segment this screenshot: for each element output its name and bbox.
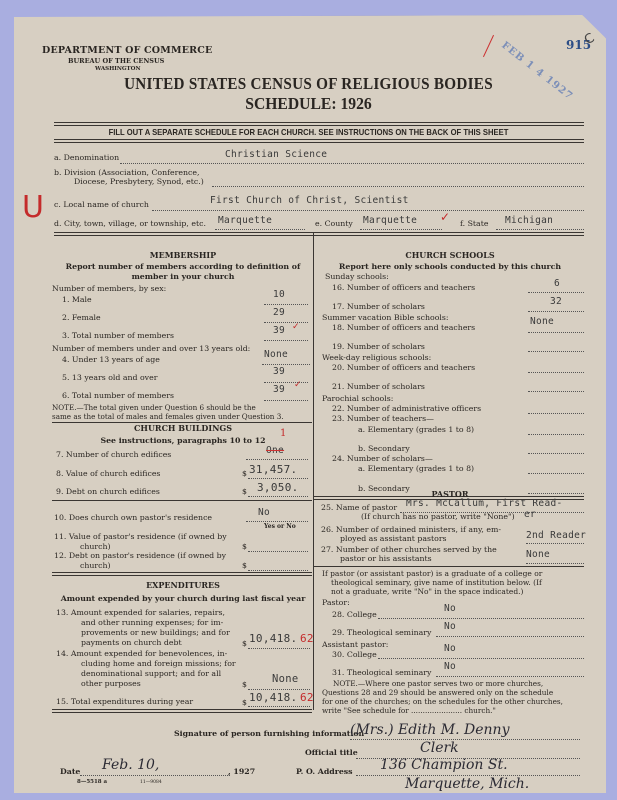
q28-line <box>378 618 584 619</box>
q10-label: 10. Does church own pastor's residence <box>54 513 212 522</box>
q12-field[interactable] <box>248 570 308 571</box>
q27-value[interactable]: None <box>526 549 550 560</box>
q12-label-1: 12. Debt on pastor's residence (if owned… <box>54 551 226 560</box>
instruction-banner: FILL OUT A SEPARATE SCHEDULE FOR EACH CH… <box>31 127 586 137</box>
red-check-icon: ✓ <box>440 210 450 224</box>
red-check-icon: ✓ <box>294 380 302 390</box>
q14-line <box>248 689 310 690</box>
q13-cents: 62 <box>300 632 314 645</box>
q13-line <box>248 648 310 649</box>
pastor-note-2: Questions 28 and 29 should be answered o… <box>322 688 553 697</box>
q30-line <box>378 658 584 659</box>
county-line <box>360 229 442 230</box>
membership-note-1: NOTE.—The total given under Question 6 s… <box>52 403 256 412</box>
q15-line <box>248 706 310 707</box>
department-name: DEPARTMENT OF COMMERCE <box>42 45 212 56</box>
pastor-note-1: NOTE.—Where one pastor serves two or mor… <box>333 679 543 688</box>
q10-value[interactable]: No <box>258 507 270 518</box>
signature-line <box>350 739 580 740</box>
q28-label: 28. College <box>332 610 377 619</box>
q31-label: 31. Theological seminary <box>332 668 431 677</box>
q14-label-3: denominational support; and for all <box>81 669 221 678</box>
q18-line <box>528 332 584 333</box>
q31-line <box>436 676 584 677</box>
city-label: d. City, town, village, or township, etc… <box>54 219 206 228</box>
q14-label-4: other purposes <box>81 679 141 688</box>
buildings-title: CHURCH BUILDINGS <box>54 423 312 433</box>
q11-label-2: church) <box>80 542 111 551</box>
q19-field[interactable] <box>528 351 584 352</box>
q26-value[interactable]: 2nd Reader <box>526 530 586 541</box>
q8-label: 8. Value of church edifices <box>56 469 160 478</box>
q27-label-2: pastor or his assistants <box>340 554 432 563</box>
weekday-heading: Week-day religious schools: <box>322 353 431 362</box>
q24a-label: a. Elementary (grades 1 to 8) <box>358 464 474 473</box>
q8-currency: $ <box>242 469 247 478</box>
q26-label-2: ployed as assistant pastors <box>340 534 447 543</box>
signature-value[interactable]: (Mrs.) Edith M. Denny <box>350 722 509 738</box>
margin-mark: U <box>22 190 44 225</box>
q9-currency: $ <box>242 487 247 496</box>
expenditures-title: EXPENDITURES <box>54 580 312 590</box>
q11-currency: $ <box>242 542 247 551</box>
schools-title: CHURCH SCHOOLS <box>316 250 584 260</box>
q3-label: 3. Total number of members <box>62 331 174 340</box>
q9-value[interactable]: 3,050. <box>257 481 299 494</box>
denomination-line <box>120 163 584 164</box>
q21-label: 21. Number of scholars <box>332 382 425 391</box>
q22-field[interactable] <box>528 413 584 414</box>
q14-label-2: cluding home and foreign missions; for <box>81 659 236 668</box>
q6-value[interactable]: 39 <box>273 384 285 395</box>
rule <box>314 566 584 567</box>
date-year-suffix: , 1927 <box>228 767 255 776</box>
q12-currency: $ <box>242 561 247 570</box>
city-line <box>215 229 305 230</box>
division-field[interactable] <box>212 186 584 187</box>
q18-label: 18. Number of officers and teachers <box>332 323 475 332</box>
q13-value[interactable]: 10,418. <box>249 632 297 645</box>
q20-label: 20. Number of officers and teachers <box>332 363 475 372</box>
q1-line <box>264 304 308 305</box>
q17-value[interactable]: 32 <box>550 296 562 307</box>
q13-label-2: and other running expenses; for im- <box>81 618 223 627</box>
county-label: e. County <box>315 219 353 228</box>
by-sex-heading: Number of members, by sex: <box>52 284 166 293</box>
header-rule-top <box>54 122 584 126</box>
q11-field[interactable] <box>248 551 308 552</box>
membership-intro-2: member in your church <box>54 272 312 281</box>
q29-line <box>436 636 584 637</box>
q25-hint: (If church has no pastor, write "None") <box>361 512 515 521</box>
q30-value[interactable]: No <box>444 643 456 654</box>
grad-instruction-3: not a graduate, write "No" in the space … <box>331 587 523 596</box>
local-name-label: c. Local name of church <box>54 200 149 209</box>
state-line <box>496 229 584 230</box>
parochial-heading: Parochial schools: <box>322 394 393 403</box>
q17-label: 17. Number of scholars <box>332 302 425 311</box>
state-label: f. State <box>460 219 488 228</box>
q16-label: 16. Number of officers and teachers <box>332 283 475 292</box>
official-title-label: Official title <box>305 748 358 757</box>
q14-label-1: 14. Amount expended for benevolences, in… <box>56 649 227 658</box>
denomination-value[interactable]: Christian Science <box>225 149 327 160</box>
q25-value-cont: er <box>524 509 536 520</box>
section-rule <box>54 232 584 236</box>
q15-label: 15. Total expenditures during year <box>56 697 193 706</box>
q7-label: 7. Number of church edifices <box>56 450 171 459</box>
q2-label: 2. Female <box>62 313 101 322</box>
local-name-value[interactable]: First Church of Christ, Scientist <box>210 195 409 206</box>
q28-value[interactable]: No <box>444 603 456 614</box>
q13-label-1: 13. Amount expended for salaries, repair… <box>56 608 225 617</box>
q8-line <box>248 478 308 479</box>
date-value[interactable]: Feb. 10, <box>102 757 159 773</box>
buildings-intro: See instructions, paragraphs 10 to 12 <box>54 436 312 445</box>
bureau-city: WASHINGTON <box>95 66 140 72</box>
q16-value[interactable]: 6 <box>554 278 560 289</box>
membership-title: MEMBERSHIP <box>54 250 312 260</box>
q5-value[interactable]: 39 <box>273 366 285 377</box>
q15-currency: $ <box>242 698 247 707</box>
print-code: 11—9084 <box>140 780 162 785</box>
q10-hint: Yes or No <box>264 523 296 530</box>
q9-line <box>248 496 308 497</box>
q8-value[interactable]: 31,457. <box>249 463 297 476</box>
q1-label: 1. Male <box>62 295 92 304</box>
q12-label-2: church) <box>80 561 111 570</box>
denomination-label: a. Denomination <box>54 153 119 162</box>
q25-value[interactable]: Mrs. McCallum, First Read- <box>406 498 563 509</box>
q7-value[interactable]: One <box>266 445 284 456</box>
q13-label-4: payments on church debt <box>81 638 182 647</box>
form-title: UNITED STATES CENSUS OF RELIGIOUS BODIES <box>25 74 593 94</box>
q15-value[interactable]: 10,418. <box>249 691 297 704</box>
po-address-label: P. O. Address <box>296 767 353 776</box>
city-value[interactable]: Marquette <box>218 215 272 226</box>
q27-line <box>526 563 584 564</box>
q7-line <box>246 459 308 460</box>
state-value[interactable]: Michigan <box>505 215 553 226</box>
rule <box>52 572 312 576</box>
q6-label: 6. Total number of members <box>62 391 174 400</box>
q26-label-1: 26. Number of ordained ministers, if any… <box>321 525 501 534</box>
date-line <box>80 775 230 776</box>
q4-label: 4. Under 13 years of age <box>62 355 160 364</box>
q23a-field[interactable] <box>528 434 584 435</box>
q31-value[interactable]: No <box>444 661 456 672</box>
q18-value[interactable]: None <box>530 316 554 327</box>
q14-value[interactable]: None <box>272 673 299 685</box>
bureau-name: BUREAU OF THE CENSUS <box>68 57 164 65</box>
grad-instruction-2: theological seminary, give name of insti… <box>331 578 542 587</box>
date-label: Date <box>60 767 80 776</box>
q17-line <box>528 311 584 312</box>
q15-cents: 62 <box>300 691 314 704</box>
q13-label-3: provements or new buildings; and for <box>81 628 230 637</box>
q14-currency: $ <box>242 680 247 689</box>
q2-value[interactable]: 29 <box>273 307 285 318</box>
q7-correction: 1 <box>280 428 286 439</box>
header-rule-bottom <box>54 139 584 143</box>
county-value[interactable]: Marquette <box>363 215 417 226</box>
grad-instruction-1: If pastor (or assistant pastor) is a gra… <box>322 569 542 578</box>
q16-line <box>528 292 584 293</box>
q20-field[interactable] <box>528 372 584 373</box>
q29-label: 29. Theological seminary <box>332 628 431 637</box>
pastor-note-3: for one of the churches; on the schedule… <box>322 697 563 706</box>
local-name-line <box>152 210 584 211</box>
membership-intro-1: Report number of members according to de… <box>54 262 312 271</box>
q25-label: 25. Name of pastor <box>321 503 397 512</box>
rule <box>52 500 312 501</box>
q19-label: 19. Number of scholars <box>332 342 425 351</box>
q22-label: 22. Number of administrative officers <box>332 404 481 413</box>
q27-label-1: 27. Number of other churches served by t… <box>321 545 497 554</box>
q11-label-1: 11. Value of pastor's residence (if owne… <box>54 532 227 541</box>
po-address-value[interactable]: 136 Champion St. <box>380 757 508 773</box>
q23b-label: b. Secondary <box>358 444 410 453</box>
schedule-title: SCHEDULE: 1926 <box>25 94 593 114</box>
q10-line <box>246 521 308 522</box>
summer-heading: Summer vacation Bible schools: <box>322 313 449 322</box>
q13-currency: $ <box>242 639 247 648</box>
q3-line <box>264 340 308 341</box>
sunday-heading: Sunday schools: <box>325 272 389 281</box>
division-label-1: b. Division (Association, Conference, <box>54 168 199 177</box>
q23-label: 23. Number of teachers— <box>332 414 434 423</box>
division-label-2: Diocese, Presbytery, Synod, etc.) <box>74 177 204 186</box>
q24a-field[interactable] <box>528 473 584 474</box>
q6-line <box>264 400 308 401</box>
schools-intro: Report here only schools conducted by th… <box>316 262 584 271</box>
signature-label: Signature of person furnishing informati… <box>174 729 364 738</box>
q24-label: 24. Number of scholars— <box>332 454 433 463</box>
q23a-label: a. Elementary (grades 1 to 8) <box>358 425 474 434</box>
assistant-heading: Assistant pastor: <box>322 640 388 649</box>
pastor-heading: Pastor: <box>322 598 350 607</box>
po-address-value-2: Marquette, Mich. <box>405 776 529 792</box>
official-title-value[interactable]: Clerk <box>420 740 459 756</box>
pastor-note-4: write "See schedule for ................… <box>322 706 496 715</box>
q29-value[interactable]: No <box>444 621 456 632</box>
q9-label: 9. Debt on church edifices <box>56 487 160 496</box>
form-code: 8—5518 a <box>77 779 107 785</box>
age-heading: Number of members under and over 13 year… <box>52 344 250 353</box>
q23b-field[interactable] <box>528 453 584 454</box>
q4-line <box>262 364 310 365</box>
q4-value[interactable]: None <box>264 349 288 360</box>
rule <box>52 709 312 713</box>
membership-note-2: same as the total of males and females g… <box>52 412 284 421</box>
red-check-icon: ✓ <box>292 322 300 332</box>
q21-field[interactable] <box>528 391 584 392</box>
q5-label: 5. 13 years old and over <box>62 373 157 382</box>
q26-line <box>526 543 584 544</box>
q3-value[interactable]: 39 <box>273 325 285 336</box>
q30-label: 30. College <box>332 650 377 659</box>
q2-line <box>264 322 308 323</box>
q1-value[interactable]: 10 <box>273 289 285 300</box>
expenditures-intro: Amount expended by your church during la… <box>54 594 312 603</box>
